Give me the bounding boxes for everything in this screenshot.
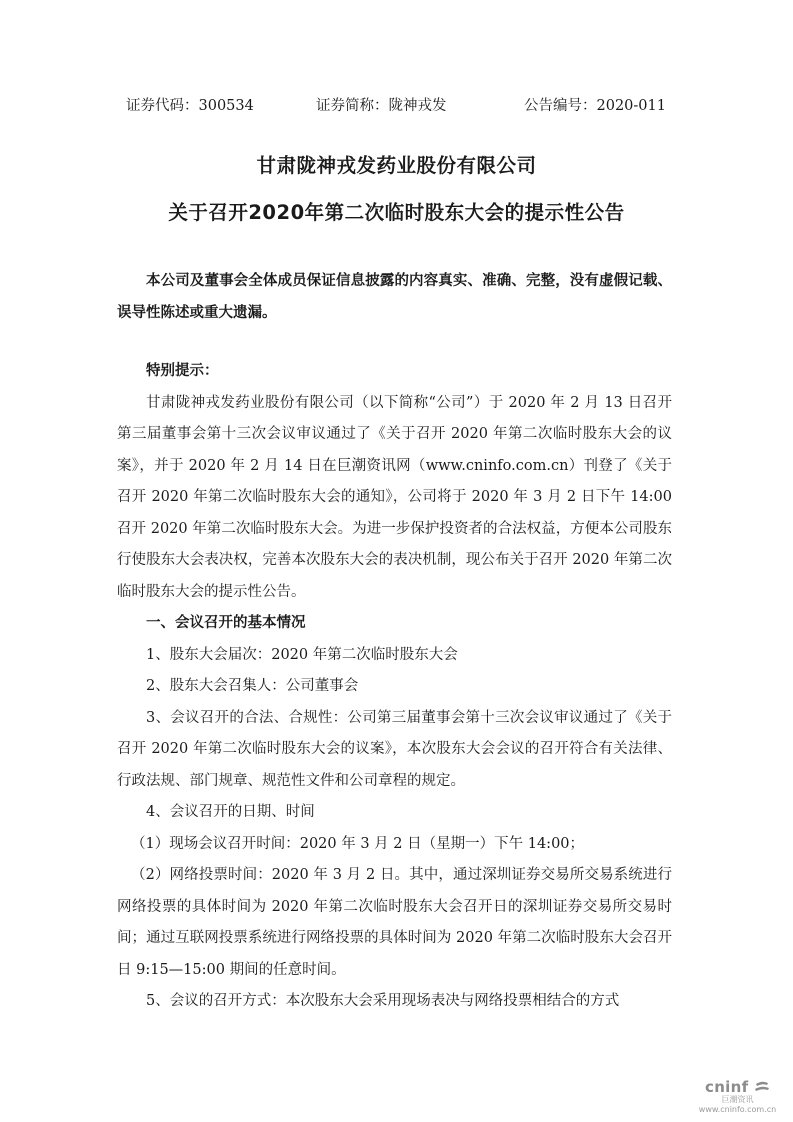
list-item: 2、股东大会召集人：公司董事会	[117, 671, 672, 703]
list-item: 4、会议召开的日期、时间	[117, 797, 672, 829]
stock-abbreviation: 证券简称：陇神戎发	[316, 94, 447, 115]
cninfo-url: www.cninfo.com.cn	[690, 1105, 785, 1114]
cninfo-watermark: cninf 巨潮资讯 www.cninfo.com.cn	[690, 1078, 785, 1114]
list-item: 1、股东大会届次：2020 年第二次临时股东大会	[117, 640, 672, 672]
statement-block: 本公司及董事会全体成员保证信息披露的内容真实、准确、完整，没有虚假记载、误导性陈…	[117, 266, 672, 329]
list-item: （2）网络投票时间：2020 年 3 月 2 日。其中，通过深圳证券交易所交易系…	[117, 860, 672, 986]
main-content: 特别提示： 甘肃陇神戎发药业股份有限公司（以下简称“公司”）于 2020 年 2…	[117, 356, 672, 1018]
special-notice-paragraph: 甘肃陇神戎发药业股份有限公司（以下简称“公司”）于 2020 年 2 月 13 …	[117, 388, 672, 609]
cninfo-swirl-icon	[754, 1080, 770, 1094]
list-item: 5、会议的召开方式：本次股东大会采用现场表决与网络投票相结合的方式	[117, 986, 672, 1018]
announcement-title: 关于召开2020年第二次临时股东大会的提示性公告	[0, 197, 793, 225]
disclosure-statement: 本公司及董事会全体成员保证信息披露的内容真实、准确、完整，没有虚假记载、误导性陈…	[117, 266, 672, 329]
list-item: 3、会议召开的合法、合规性：公司第三届董事会第十三次会议审议通过了《关于召开 2…	[117, 703, 672, 798]
announcement-number: 公告编号：2020-011	[524, 94, 666, 115]
company-name-title: 甘肃陇神戎发药业股份有限公司	[0, 150, 793, 178]
document-header: 证券代码：300534 证券简称：陇神戎发 公告编号：2020-011	[126, 94, 671, 116]
section-1-heading: 一、会议召开的基本情况	[117, 608, 672, 640]
stock-code: 证券代码：300534	[126, 94, 254, 115]
list-item: （1）现场会议召开时间：2020 年 3 月 2 日（星期一）下午 14:00；	[117, 829, 672, 861]
special-notice-heading: 特别提示：	[117, 356, 672, 388]
